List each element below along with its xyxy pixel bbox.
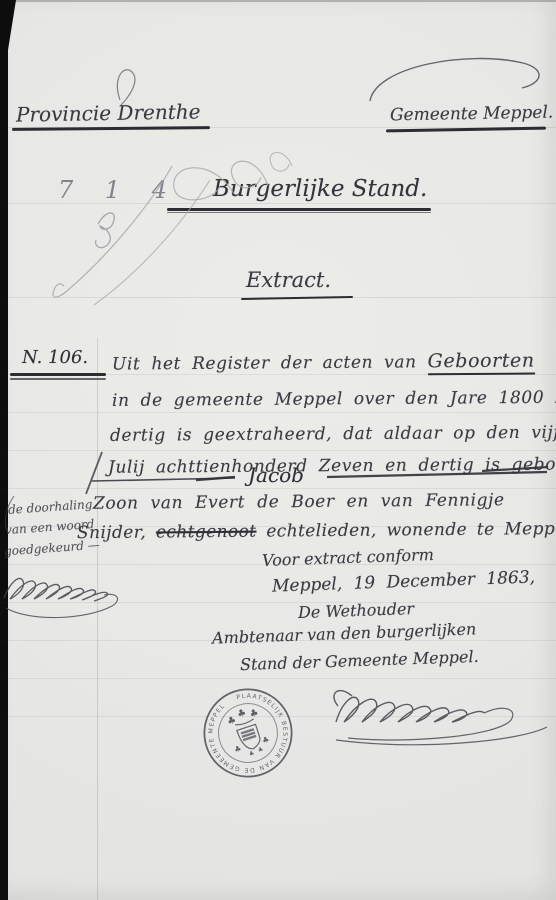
margin-vertical-line [97, 338, 98, 900]
official-title-1: De Wethouder [298, 599, 415, 622]
shield-bar [241, 728, 255, 734]
act-number-underline [10, 373, 106, 376]
pencil-loop [270, 152, 292, 171]
parents-line-2: Snijder, echtgenoot echtelieden, wonende… [77, 519, 556, 543]
document-subtitle: Extract. [246, 268, 331, 292]
document-title: Burgerlijke Stand. [213, 176, 427, 202]
gemeente-capital-flourish [370, 59, 539, 101]
body-line-1-text: Uit het Register der acten van [112, 352, 428, 374]
shield-bar [243, 735, 257, 741]
province-underline [12, 126, 210, 130]
clover-icon: ♣ [233, 744, 242, 755]
pencil-folio-number: 7 1 4 [58, 176, 179, 204]
shield-bar [242, 731, 256, 737]
body-line-3: dertig is geextraheerd, dat aldaar op de… [110, 422, 556, 446]
body-line-2: in de gemeente Meppel over den Jare 1800… [112, 387, 556, 411]
parents-line-1: Zoon van Evert de Boer en van Fennigje [93, 490, 505, 514]
shield-outline [237, 724, 263, 751]
clover-icon: ♣ [257, 746, 264, 754]
official-signature-sweep [336, 727, 547, 745]
province-label: Provincie Drenthe [16, 99, 201, 126]
scanned-document-page: Provincie Drenthe Gemeente Meppel. 7 1 4… [0, 0, 556, 900]
clover-icon: ♣ [248, 750, 255, 758]
struck-word: echtgenoot [156, 522, 257, 543]
act-number: N. 106. [22, 347, 88, 368]
parents-line-2-rest: echtelieden, wonende te Meppel. [256, 519, 556, 542]
body-line-4: Julij achttienhonderd Zeven en dertig is… [108, 454, 556, 477]
geboorten-word: Geboorten [428, 350, 535, 376]
scan-left-edge-corner [0, 0, 16, 70]
body-line-1: Uit het Register der acten van Geboorten [112, 350, 535, 375]
municipality-label: Gemeente Meppel. [390, 103, 554, 126]
pencil-scribble [96, 213, 115, 248]
clover-icon: ♣ [261, 735, 270, 746]
title-underline-2 [167, 212, 431, 213]
act-number-underline-2 [10, 378, 106, 380]
title-underline [167, 208, 431, 211]
scan-top-edge [0, 0, 556, 2]
child-name: Jacob [248, 463, 304, 487]
crown-band [235, 719, 254, 727]
